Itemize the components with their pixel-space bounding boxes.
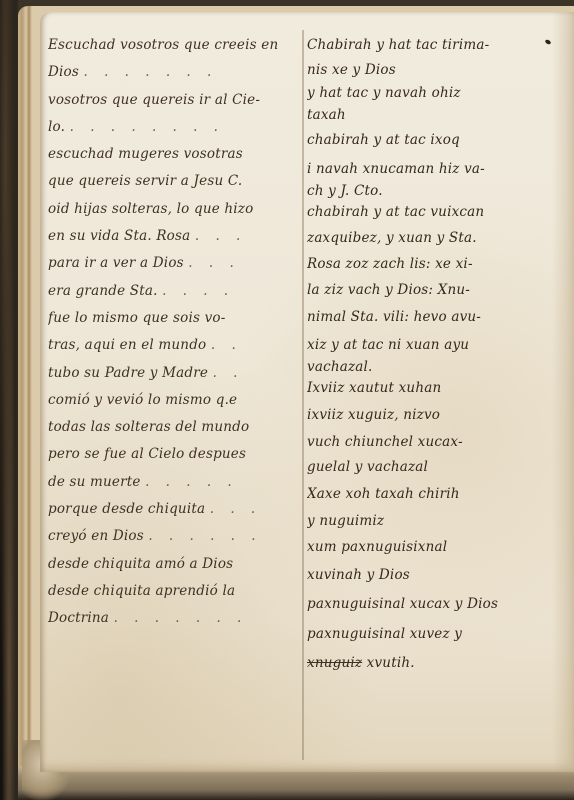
text-line: de su muerte . . . . .: [48, 469, 298, 496]
text-line: porque desde chiquita . . .: [48, 496, 298, 523]
line-text: que quereis servir a Jesu C.: [48, 173, 242, 189]
text-line: guelal y vachazal: [307, 455, 555, 479]
line-text: era grande Sta.: [48, 283, 158, 299]
line-fill-dots: . .: [213, 365, 244, 381]
spanish-text-column: Escuchad vosotros que creeis en Dios . .…: [48, 32, 298, 633]
text-line: xiz y at tac ni xuan ayu: [307, 331, 555, 359]
text-line: nis xe y Dios: [307, 59, 555, 81]
line-fill-dots: . . . . . . .: [114, 610, 248, 626]
line-fill-dots: . .: [211, 337, 242, 353]
text-line: Rosa zoz zach lis: xe xi-: [307, 251, 555, 277]
text-line: todas las solteras del mundo: [48, 414, 298, 441]
text-line: era grande Sta. . . . .: [48, 278, 298, 305]
text-line: que quereis servir a Jesu C.: [48, 168, 298, 195]
line-text: desde chiquita amó a Dios: [48, 556, 233, 572]
line-text: de su muerte: [48, 474, 141, 490]
text-line: escuchad mugeres vosotras: [48, 141, 298, 168]
line-text: vosotros que quereis ir al Cie-: [48, 92, 260, 108]
line-text: fue lo mismo que sois vo-: [48, 310, 226, 326]
text-line: paxnuguisinal xuvez y: [307, 619, 555, 649]
line-fill-dots: . . .: [195, 228, 246, 244]
line-text: lo.: [48, 119, 65, 135]
page-shadow: [552, 12, 574, 772]
text-line: Dios . . . . . . .: [48, 59, 298, 86]
text-line: Escuchad vosotros que creeis en: [48, 32, 298, 59]
line-text: tras, aqui en el mundo: [48, 337, 206, 353]
text-line: chabirah y at tac ixoq: [307, 125, 555, 155]
text-line: tras, aqui en el mundo . .: [48, 332, 298, 359]
text-line: i navah xnucaman hiz va-: [307, 155, 555, 183]
line-text: todas las solteras del mundo: [48, 419, 249, 435]
line-text: para ir a ver a Dios: [48, 255, 184, 271]
text-line: ixviiz xuguiz, nizvo: [307, 401, 555, 429]
line-fill-dots: . . .: [210, 501, 261, 517]
kaqchikel-text-column: Chabirah y hat tac tirima- nis xe y Dios…: [307, 32, 555, 677]
text-line: creyó en Dios . . . . . .: [48, 523, 298, 550]
line-fill-dots: . . . . . . .: [84, 64, 218, 80]
text-line: tubo su Padre y Madre . .: [48, 360, 298, 387]
text-line: Xaxe xoh taxah chirih: [307, 479, 555, 509]
text-line: y hat tac y navah ohiz: [307, 81, 555, 105]
text-line: Chabirah y hat tac tirima-: [307, 32, 555, 59]
text-line: Doctrina . . . . . . .: [48, 605, 298, 632]
text-line: Ixviiz xautut xuhan: [307, 375, 555, 401]
text-line: paxnuguisinal xucax y Dios: [307, 589, 555, 619]
text-line: nimal Sta. vili: hevo avu-: [307, 303, 555, 331]
text-line: vachazal.: [307, 359, 555, 375]
line-fill-dots: . . . . .: [145, 474, 238, 490]
text-line: fue lo mismo que sois vo-: [48, 305, 298, 332]
line-text: Doctrina: [48, 610, 109, 626]
text-line: vuch chiunchel xucax-: [307, 429, 555, 455]
line-text: Escuchad vosotros que creeis en: [48, 37, 278, 53]
line-text: Dios: [48, 64, 79, 80]
book-spine: [0, 0, 18, 800]
text-line: ch y J. Cto.: [307, 183, 555, 199]
line-text: pero se fue al Cielo despues: [48, 446, 246, 462]
manuscript-scan: Escuchad vosotros que creeis en Dios . .…: [0, 0, 574, 800]
text-line: lo. . . . . . . . .: [48, 114, 298, 141]
text-line: zaxquibez, y xuan y Sta.: [307, 225, 555, 251]
text-line: pero se fue al Cielo despues: [48, 441, 298, 468]
line-text: escuchad mugeres vosotras: [48, 146, 243, 162]
line-text: porque desde chiquita: [48, 501, 205, 517]
line-fill-dots: . . .: [188, 255, 239, 271]
text-line: la ziz vach y Dios: Xnu-: [307, 277, 555, 303]
text-line: desde chiquita aprendió la: [48, 578, 298, 605]
struck-out-word: xnuguiz: [307, 655, 362, 671]
line-text: tubo su Padre y Madre: [48, 365, 208, 381]
text-line: en su vida Sta. Rosa . . .: [48, 223, 298, 250]
text-line: oid hijas solteras, lo que hizo: [48, 196, 298, 223]
text-line: vosotros que quereis ir al Cie-: [48, 87, 298, 114]
text-line: xuvinah y Dios: [307, 561, 555, 589]
text-line: xum paxnuguisixnal: [307, 533, 555, 561]
line-text: oid hijas solteras, lo que hizo: [48, 201, 253, 217]
text-line: desde chiquita amó a Dios: [48, 551, 298, 578]
text-line: para ir a ver a Dios . . .: [48, 250, 298, 277]
line-text: en su vida Sta. Rosa: [48, 228, 190, 244]
line-fill-dots: . . . . . .: [148, 528, 261, 544]
text-line: y nuguimiz: [307, 509, 555, 533]
line-text: xvutih.: [362, 655, 415, 671]
line-fill-dots: . . . .: [162, 283, 234, 299]
line-text: comió y vevió lo mismo q.e: [48, 392, 237, 408]
line-text: desde chiquita aprendió la: [48, 583, 235, 599]
column-divider: [302, 30, 304, 760]
text-line: taxah: [307, 105, 555, 125]
text-line: chabirah y at tac vuixcan: [307, 199, 555, 225]
line-text: creyó en Dios: [48, 528, 144, 544]
text-line: xnuguiz xvutih.: [307, 649, 555, 677]
line-fill-dots: . . . . . . . .: [70, 119, 224, 135]
text-line: comió y vevió lo mismo q.e: [48, 387, 298, 414]
